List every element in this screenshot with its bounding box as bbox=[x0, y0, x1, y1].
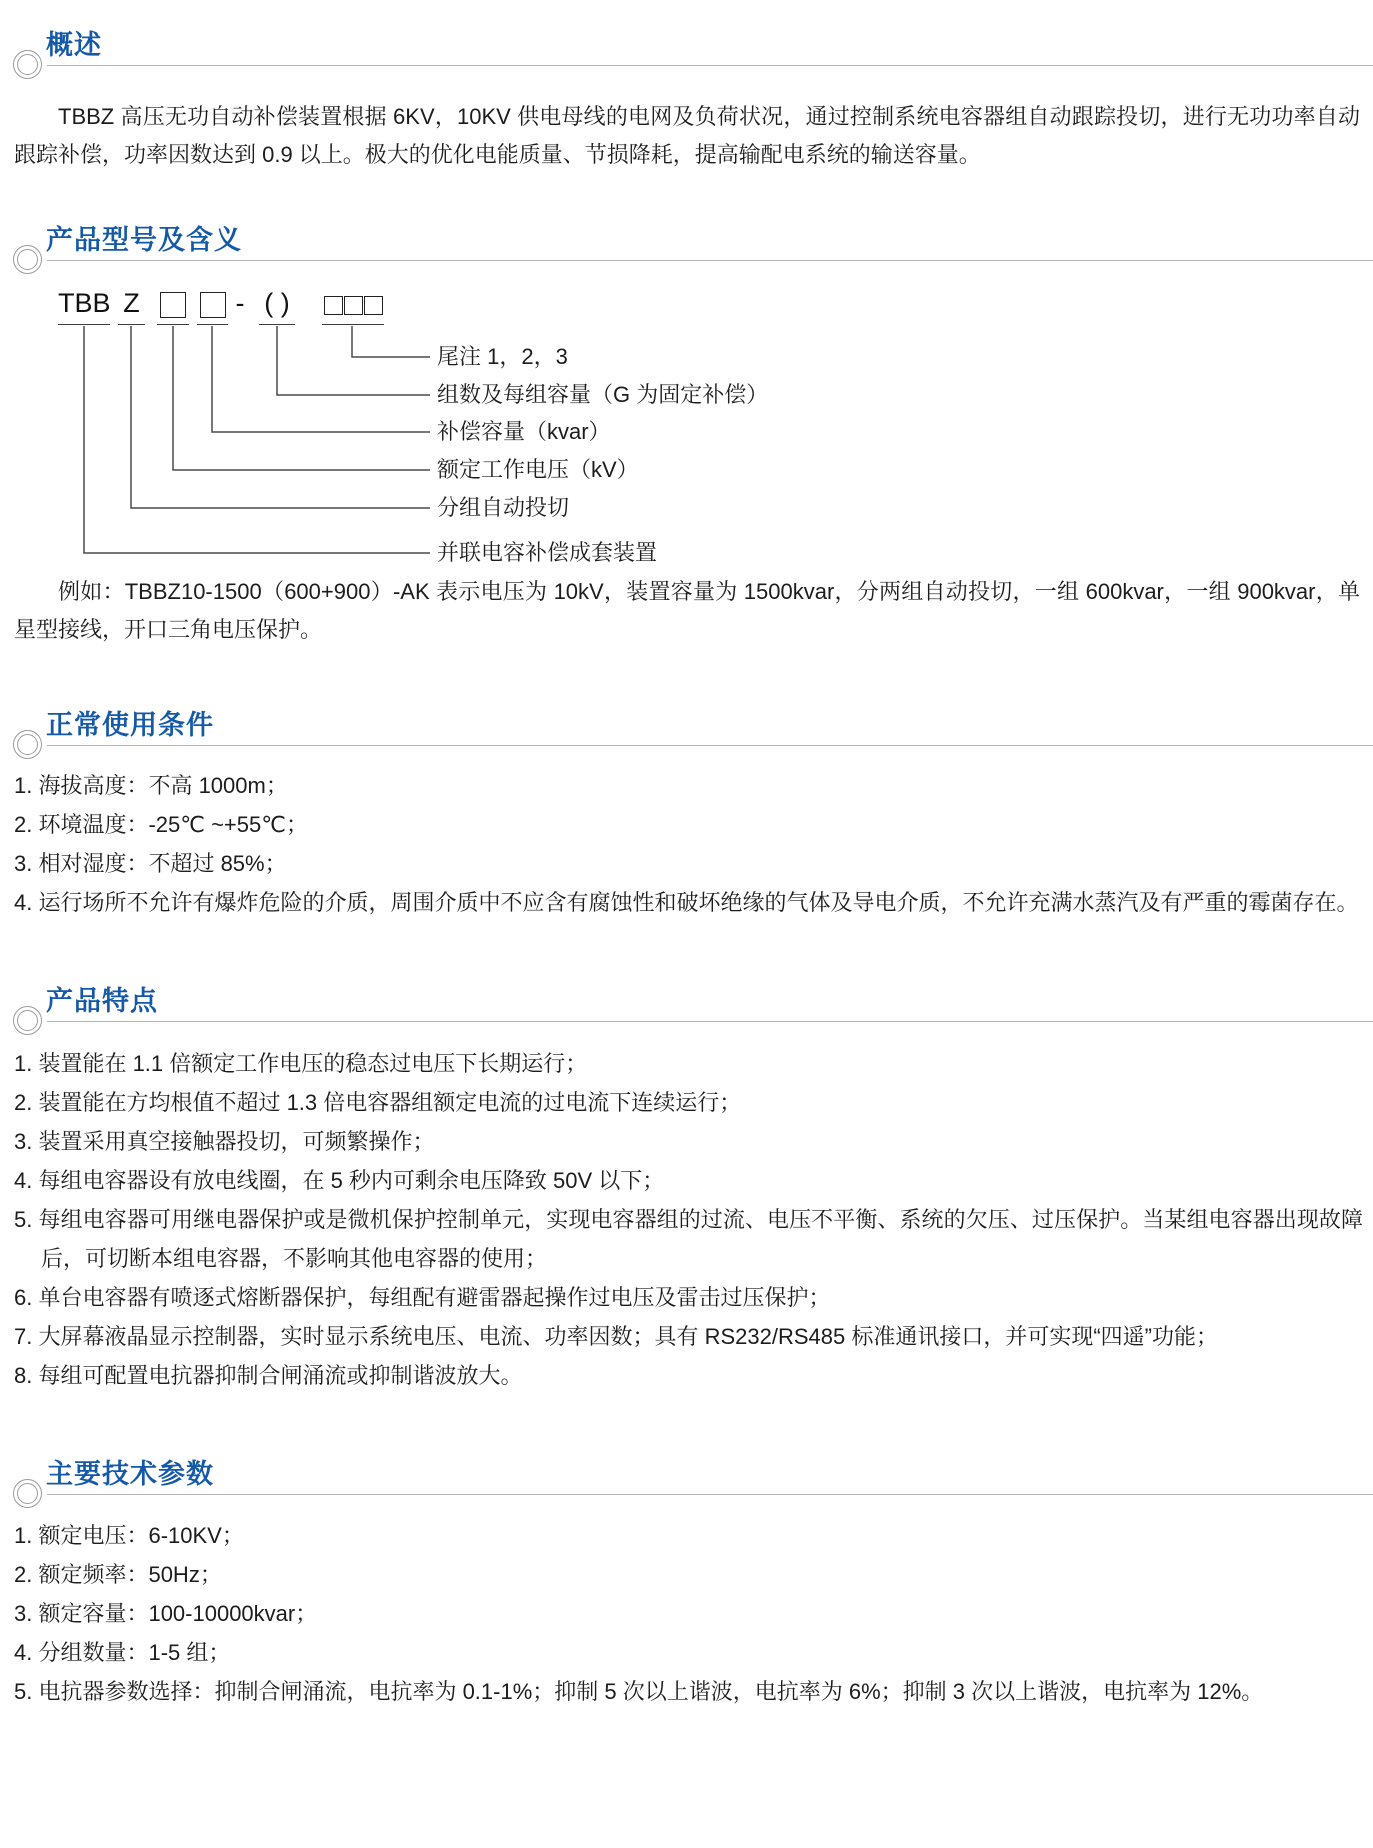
section-title: 产品特点 bbox=[46, 984, 158, 1018]
double-ring-icon bbox=[13, 1006, 42, 1035]
list-item: 1. 装置能在 1.1 倍额定工作电压的稳态过电压下长期运行； bbox=[14, 1044, 1363, 1083]
diagram-label-voltage: 额定工作电压（kV） bbox=[437, 455, 639, 485]
list-item: 6. 单台电容器有喷逐式熔断器保护，每组配有避雷器起操作过电压及雷击过压保护； bbox=[14, 1278, 1363, 1317]
list-item: 4. 每组电容器设有放电线圈，在 5 秒内可剩余电压降致 50V 以下； bbox=[14, 1161, 1363, 1200]
list-item: 1. 海拔高度：不高 1000m； bbox=[14, 766, 1363, 805]
diagram-label-auto-switch: 分组自动投切 bbox=[437, 493, 569, 523]
double-ring-icon bbox=[13, 1479, 42, 1508]
section-overview: 概述 TBBZ 高压无功自动补偿装置根据 6KV，10KV 供电母线的电网及负荷… bbox=[0, 28, 1373, 112]
section-rule bbox=[47, 1494, 1373, 1495]
example-paragraph: 例如：TBBZ10-1500（600+900）-AK 表示电压为 10kV，装置… bbox=[14, 573, 1360, 649]
list-item: 3. 额定容量：100-10000kvar； bbox=[14, 1594, 1363, 1633]
section-title: 正常使用条件 bbox=[46, 708, 214, 742]
usage-conditions-list: 1. 海拔高度：不高 1000m； 2. 环境温度：-25℃ ~+55℃； 3.… bbox=[14, 766, 1363, 922]
section-title: 概述 bbox=[46, 28, 102, 62]
list-item: 7. 大屏幕液晶显示控制器，实时显示系统电压、电流、功率因数；具有 RS232/… bbox=[14, 1317, 1363, 1356]
double-ring-icon bbox=[13, 245, 42, 274]
list-item: 2. 环境温度：-25℃ ~+55℃； bbox=[14, 805, 1363, 844]
section-title: 产品型号及含义 bbox=[46, 223, 242, 257]
diagram-label-shunt-device: 并联电容补偿成套装置 bbox=[437, 538, 657, 568]
diagram-label-suffix: 尾注 1，2，3 bbox=[437, 342, 568, 372]
diagram-connector-lines bbox=[0, 285, 440, 575]
section-rule bbox=[47, 65, 1373, 66]
list-item: 1. 额定电压：6-10KV； bbox=[14, 1516, 1363, 1555]
section-rule bbox=[47, 1021, 1373, 1022]
overview-paragraph: TBBZ 高压无功自动补偿装置根据 6KV，10KV 供电母线的电网及负荷状况，… bbox=[14, 98, 1360, 174]
list-item: 2. 装置能在方均根值不超过 1.3 倍电容器组额定电流的过电流下连续运行； bbox=[14, 1083, 1363, 1122]
list-item: 4. 分组数量：1-5 组； bbox=[14, 1633, 1363, 1672]
diagram-label-groups: 组数及每组容量（G 为固定补偿） bbox=[437, 380, 768, 410]
list-item: 3. 相对湿度：不超过 85%； bbox=[14, 844, 1363, 883]
list-item: 5. 电抗器参数选择：抑制合闸涌流，电抗率为 0.1-1%；抑制 5 次以上谐波… bbox=[14, 1672, 1363, 1711]
list-item: 2. 额定频率：50Hz； bbox=[14, 1555, 1363, 1594]
model-code-diagram: TBB Z - ( ) 尾注 1，2，3 组数及每组容量（G 为固定补 bbox=[0, 285, 1373, 575]
document-page: 概述 TBBZ 高压无功自动补偿装置根据 6KV，10KV 供电母线的电网及负荷… bbox=[0, 0, 1373, 1848]
list-item: 4. 运行场所不允许有爆炸危险的介质，周围介质中不应含有腐蚀性和破坏绝缘的气体及… bbox=[14, 883, 1363, 922]
list-item: 3. 装置采用真空接触器投切，可频繁操作； bbox=[14, 1122, 1363, 1161]
technical-parameters-list: 1. 额定电压：6-10KV； 2. 额定频率：50Hz； 3. 额定容量：10… bbox=[14, 1516, 1363, 1711]
list-item: 8. 每组可配置电抗器抑制合闸涌流或抑制谐波放大。 bbox=[14, 1356, 1363, 1395]
double-ring-icon bbox=[13, 730, 42, 759]
section-rule bbox=[47, 745, 1373, 746]
section-rule bbox=[47, 260, 1373, 261]
double-ring-icon bbox=[13, 50, 42, 79]
features-list: 1. 装置能在 1.1 倍额定工作电压的稳态过电压下长期运行； 2. 装置能在方… bbox=[14, 1044, 1363, 1395]
diagram-label-capacity: 补偿容量（kvar） bbox=[437, 417, 611, 447]
list-item: 5. 每组电容器可用继电器保护或是微机保护控制单元，实现电容器组的过流、电压不平… bbox=[14, 1200, 1363, 1278]
section-title: 主要技术参数 bbox=[46, 1457, 214, 1491]
